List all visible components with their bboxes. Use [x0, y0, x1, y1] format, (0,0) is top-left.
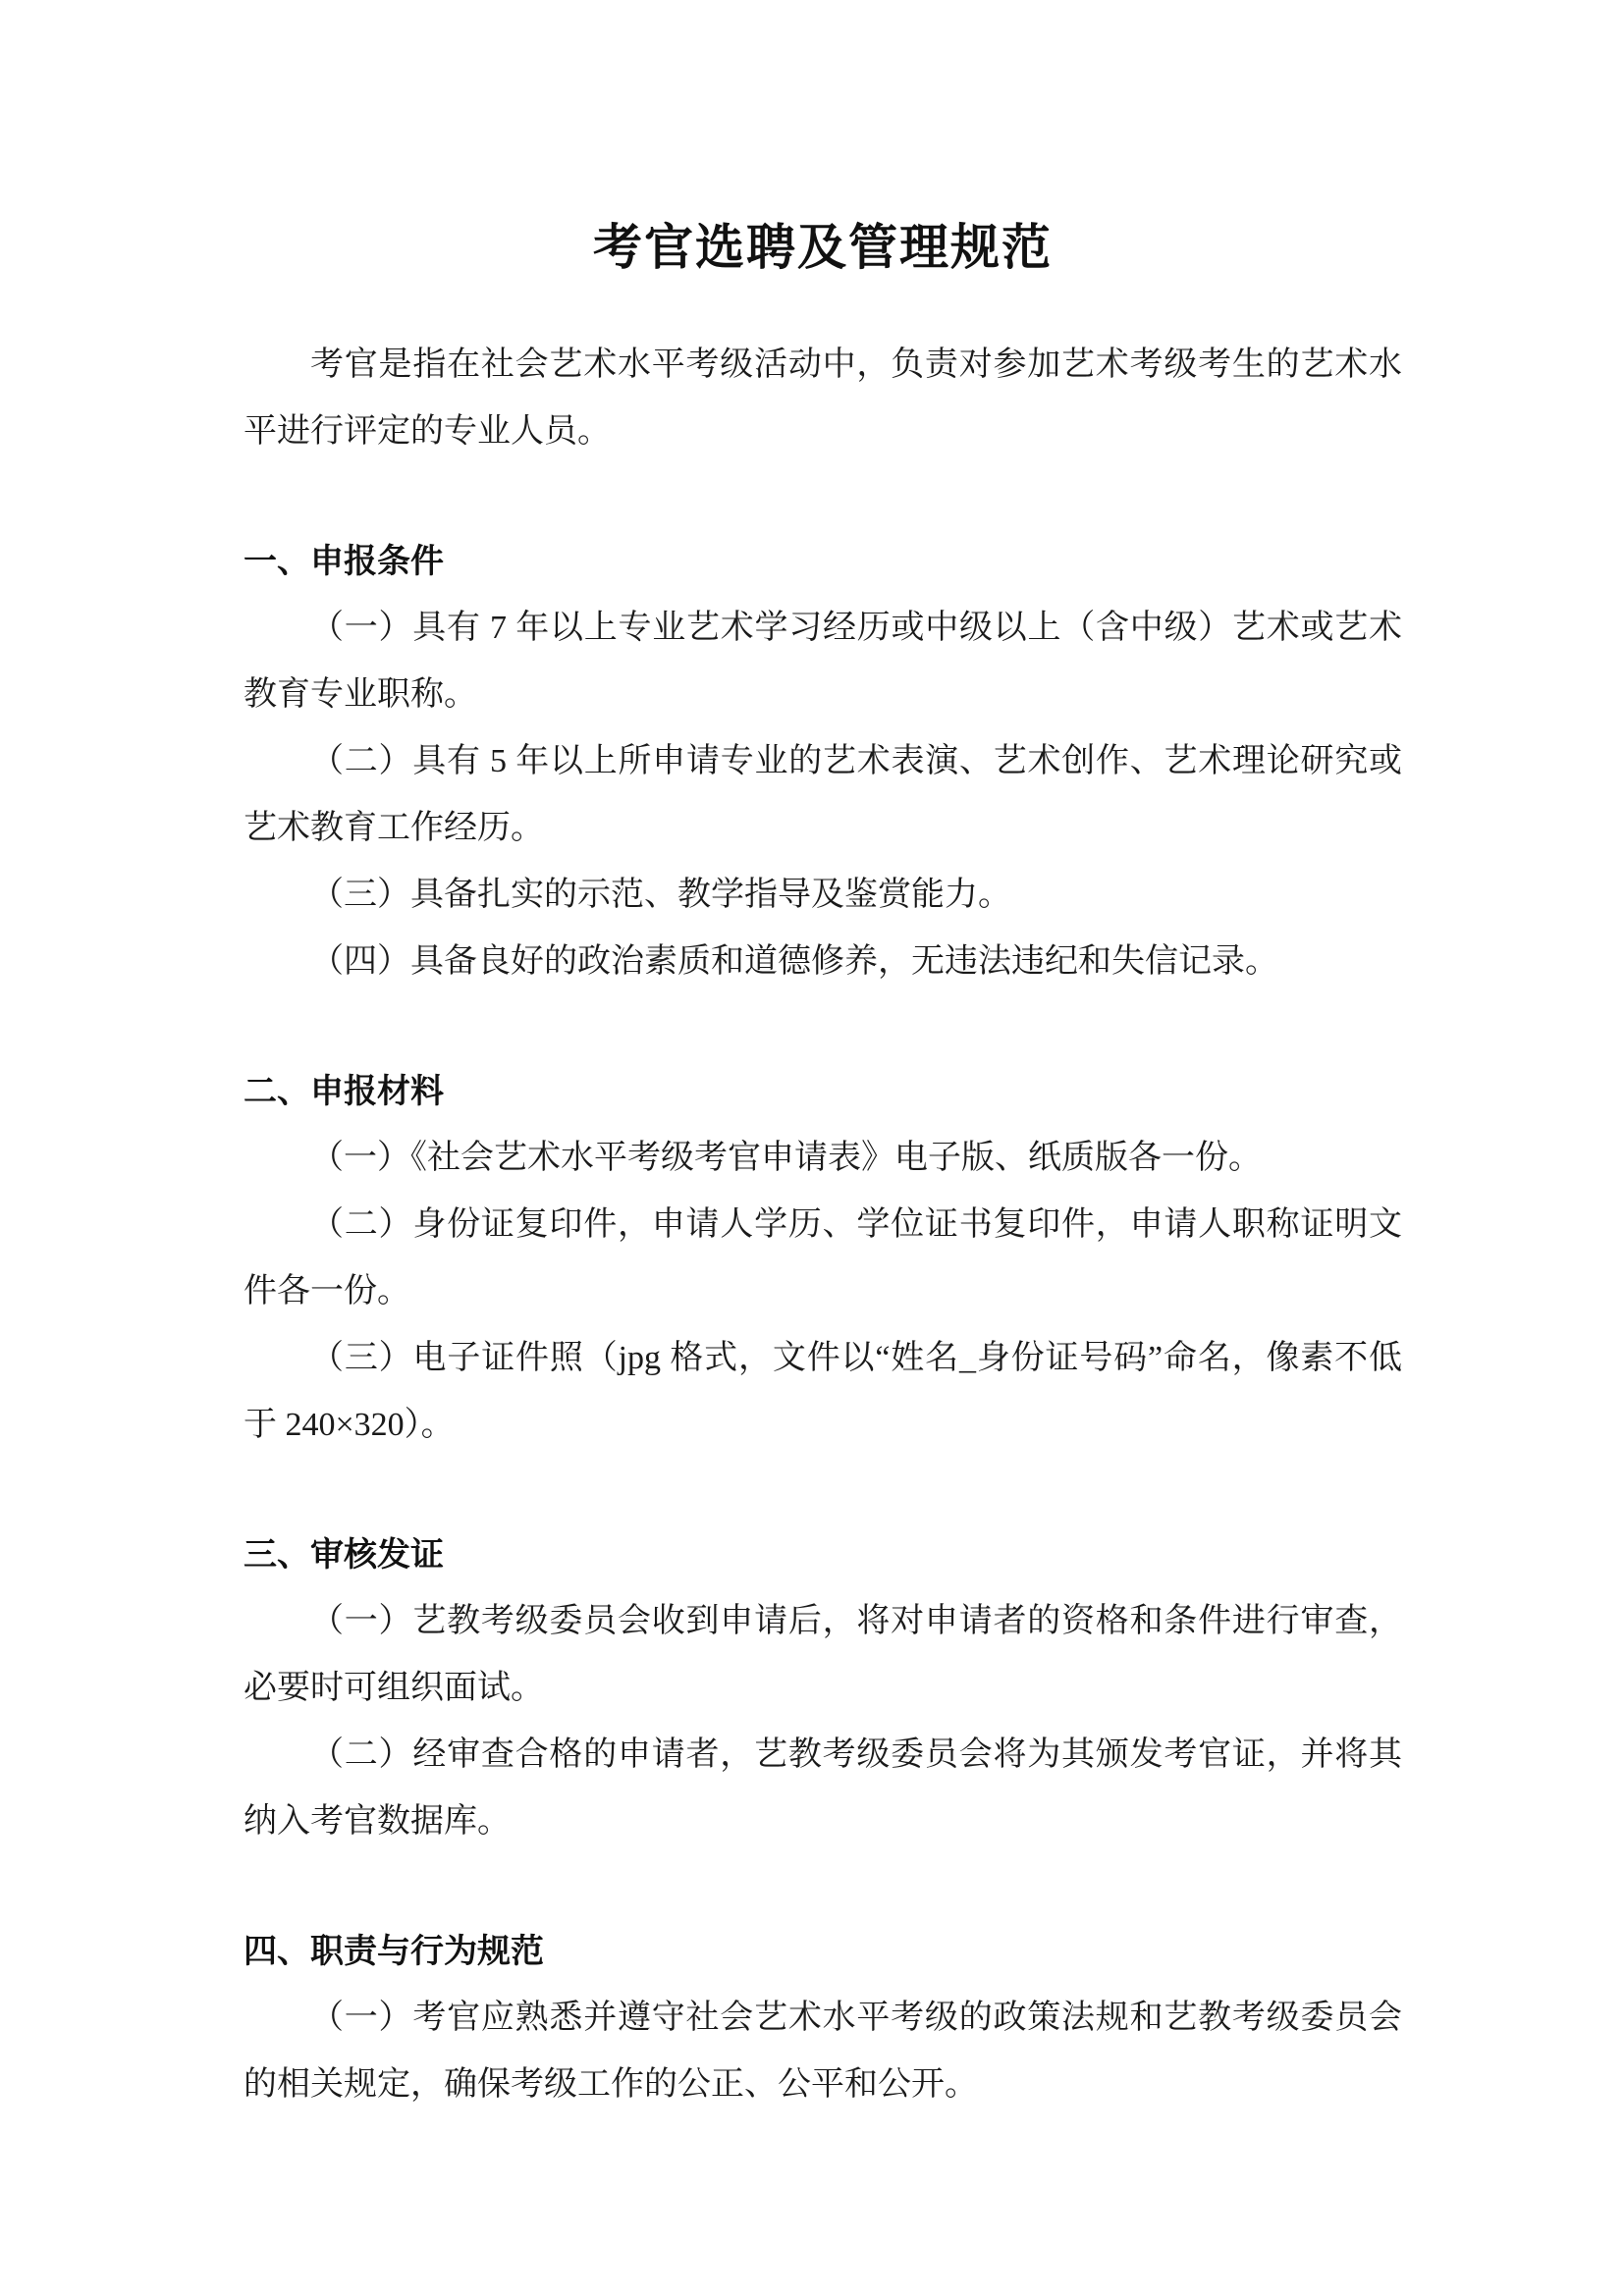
intro-paragraph: 考官是指在社会艺术水平考级活动中，负责对参加艺术考级考生的艺术水平进行评定的专业…: [244, 332, 1402, 465]
section-heading-application-materials: 二、申报材料: [244, 1058, 1402, 1125]
section-1-item-2: （二）具有 5 年以上所申请专业的艺术表演、艺术创作、艺术理论研究或艺术教育工作…: [244, 728, 1402, 862]
document-title: 考官选聘及管理规范: [244, 212, 1402, 283]
section-4-item-1: （一）考官应熟悉并遵守社会艺术水平考级的政策法规和艺教考级委员会的相关规定，确保…: [244, 1985, 1402, 2118]
document-page: 考官选聘及管理规范 考官是指在社会艺术水平考级活动中，负责对参加艺术考级考生的艺…: [0, 0, 1624, 2296]
section-2-item-1: （一）《社会艺术水平考级考官申请表》电子版、纸质版各一份。: [244, 1125, 1402, 1192]
section-3-item-1: （一）艺教考级委员会收到申请后，将对申请者的资格和条件进行审查，必要时可组织面试…: [244, 1588, 1402, 1722]
section-1-item-4: （四）具备良好的政治素质和道德修养，无违法违纪和失信记录。: [244, 929, 1402, 995]
section-heading-duties-conduct: 四、职责与行为规范: [244, 1918, 1402, 1985]
section-heading-review-certification: 三、审核发证: [244, 1522, 1402, 1588]
section-1-item-1: （一）具有 7 年以上专业艺术学习经历或中级以上（含中级）艺术或艺术教育专业职称…: [244, 595, 1402, 728]
section-3-item-2: （二）经审查合格的申请者，艺教考级委员会将为其颁发考官证，并将其纳入考官数据库。: [244, 1722, 1402, 1855]
section-heading-application-conditions: 一、申报条件: [244, 528, 1402, 595]
section-1-item-3: （三）具备扎实的示范、教学指导及鉴赏能力。: [244, 862, 1402, 929]
section-2-item-2: （二）身份证复印件，申请人学历、学位证书复印件，申请人职称证明文件各一份。: [244, 1192, 1402, 1325]
section-2-item-3: （三）电子证件照（jpg 格式，文件以“姓名_身份证号码”命名，像素不低于 24…: [244, 1325, 1402, 1459]
